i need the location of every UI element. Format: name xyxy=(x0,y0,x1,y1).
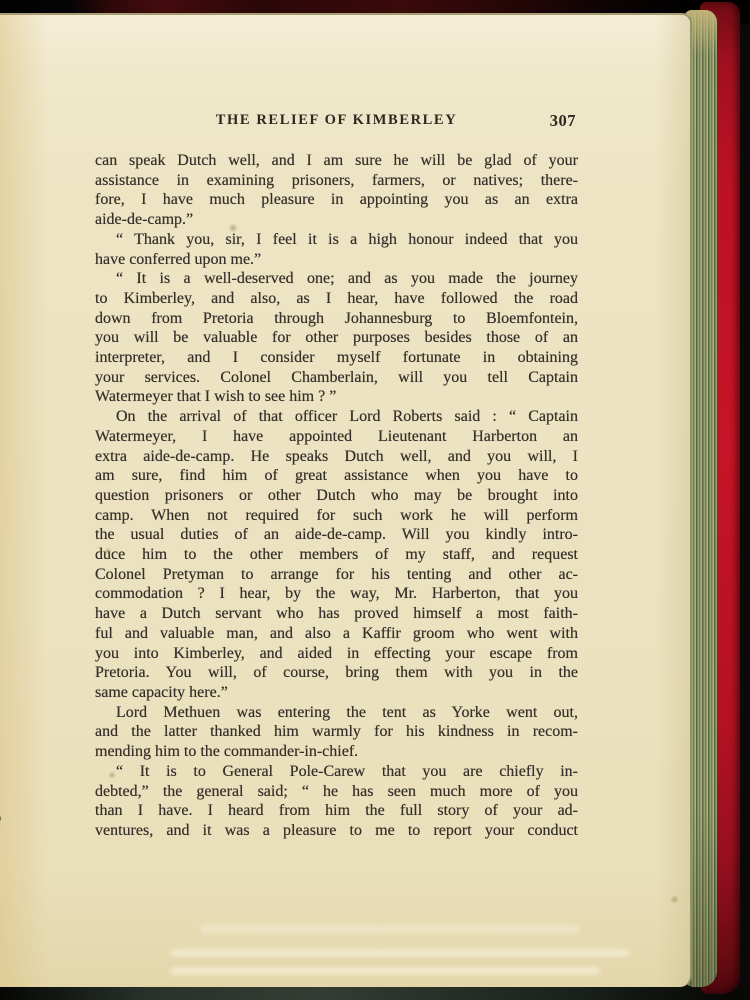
facing-page-text-fragment: f xyxy=(0,731,6,743)
text-line: ful and valuable man, and also a Kaffir … xyxy=(95,624,578,644)
text-line: “ Thank you, sir, I feel it is a high ho… xyxy=(95,230,578,250)
text-line: down from Pretoria through Johannesburg … xyxy=(95,309,578,329)
facing-page-text-fragment: o xyxy=(0,812,6,824)
text-line: can speak Dutch well, and I am sure he w… xyxy=(95,151,578,171)
text-line: Lord Methuen was entering the tent as Yo… xyxy=(95,703,578,723)
facing-page-text-fragment: s xyxy=(0,709,6,721)
text-line: Watermeyer, I have appointed Lieutenant … xyxy=(95,427,578,447)
text-line: “ It is a well-deserved one; and as you … xyxy=(95,269,578,289)
text-line: extra aide-de-camp. He speaks Dutch well… xyxy=(95,447,578,467)
text-line: mending him to the commander-in-chief. xyxy=(95,742,578,762)
text-line: the usual duties of an aide-de-camp. Wil… xyxy=(95,525,578,545)
text-line: camp. When not required for such work he… xyxy=(95,506,578,526)
text-line: question prisoners or other Dutch who ma… xyxy=(95,486,578,506)
scan-streak xyxy=(170,949,630,957)
running-header: THE RELIEF OF KIMBERLEY 307 xyxy=(95,112,578,134)
text-line: your services. Colonel Chamberlain, will… xyxy=(95,368,578,388)
facing-page-text-fragment: s xyxy=(0,750,6,762)
text-line: than I have. I heard from him the full s… xyxy=(95,801,578,821)
facing-page-text-fragment: t xyxy=(0,791,6,803)
text-line: aide-de-camp.” xyxy=(95,210,578,230)
text-line: ventures, and it was a pleasure to me to… xyxy=(95,821,578,841)
text-line: and the latter thanked him warmly for hi… xyxy=(95,722,578,742)
scanned-book-photo: ,ssfstto THE RELIEF OF KIMBERLEY 307 can… xyxy=(0,0,750,1000)
facing-page-text-fragment: , xyxy=(0,624,6,636)
text-line: duce him to the other members of my staf… xyxy=(95,545,578,565)
foxing-spot xyxy=(670,895,679,904)
text-line: interpreter, and I consider myself fortu… xyxy=(95,348,578,368)
text-line: On the arrival of that officer Lord Robe… xyxy=(95,407,578,427)
running-header-title: THE RELIEF OF KIMBERLEY xyxy=(95,112,578,129)
text-line: same capacity here.” xyxy=(95,683,578,703)
text-line: Pretoria. You will, of course, bring the… xyxy=(95,663,578,683)
text-line: debted,” the general said; “ he has seen… xyxy=(95,782,578,802)
text-line: to Kimberley, and also, as I hear, have … xyxy=(95,289,578,309)
text-line: Watermeyer that I wish to see him ? ” xyxy=(95,387,578,407)
scan-streak xyxy=(200,925,580,933)
text-line: you will be valuable for other purposes … xyxy=(95,328,578,348)
text-line: commodation ? I hear, by the way, Mr. Ha… xyxy=(95,584,578,604)
text-line: fore, I have much pleasure in appointing… xyxy=(95,190,578,210)
text-line: have a Dutch servant who has proved hims… xyxy=(95,604,578,624)
text-line: you into Kimberley, and aided in effecti… xyxy=(95,644,578,664)
scan-streak xyxy=(170,967,600,975)
text-line: Colonel Pretyman to arrange for his tent… xyxy=(95,565,578,585)
facing-page-text-fragment: s xyxy=(0,687,6,699)
facing-page-text-fragment: t xyxy=(0,771,6,783)
page-number: 307 xyxy=(550,111,576,131)
text-line: am sure, find him of great assistance wh… xyxy=(95,466,578,486)
page-text: can speak Dutch well, and I am sure he w… xyxy=(95,151,578,841)
text-line: “ It is to General Pole-Carew that you a… xyxy=(95,762,578,782)
text-line: have conferred upon me.” xyxy=(95,250,578,270)
text-line: assistance in examining prisoners, farme… xyxy=(95,171,578,191)
